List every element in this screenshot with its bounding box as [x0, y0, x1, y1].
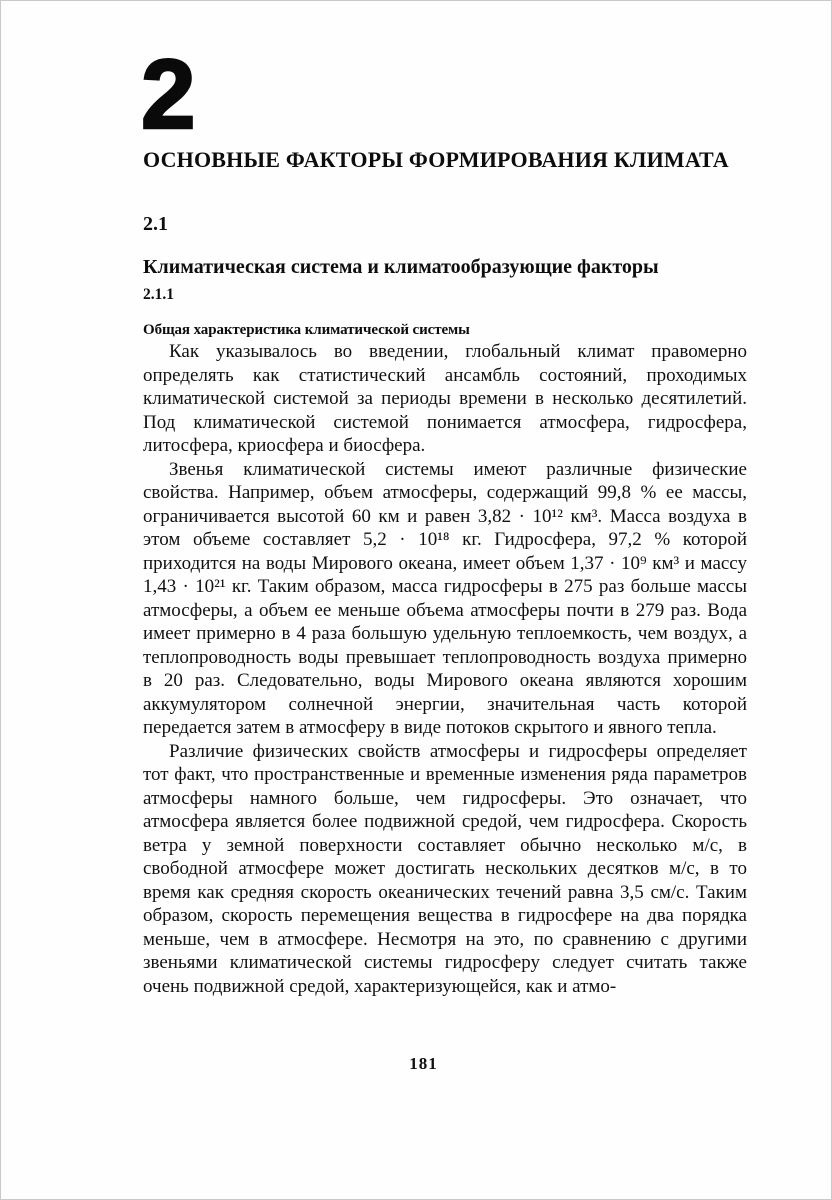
- chapter-title: ОСНОВНЫЕ ФАКТОРЫ ФОРМИРОВАНИЯ КЛИМАТА: [143, 148, 729, 172]
- paragraph: Как указывалось во введении, глобальный …: [143, 340, 747, 458]
- section-title: Климатическая система и климатообразующи…: [143, 256, 659, 279]
- book-page: 2 ОСНОВНЫЕ ФАКТОРЫ ФОРМИРОВАНИЯ КЛИМАТА …: [0, 0, 832, 1200]
- page-number: 181: [121, 1054, 726, 1074]
- body-text: Как указывалось во введении, глобальный …: [143, 340, 747, 998]
- paragraph: Различие физических свойств атмосферы и …: [143, 740, 747, 999]
- subsection-number: 2.1.1: [143, 286, 174, 303]
- chapter-number: 2: [141, 45, 196, 143]
- section-number: 2.1: [143, 213, 168, 235]
- subsection-title: Общая характеристика климатической систе…: [143, 322, 470, 339]
- paragraph: Звенья климатической системы имеют разли…: [143, 458, 747, 740]
